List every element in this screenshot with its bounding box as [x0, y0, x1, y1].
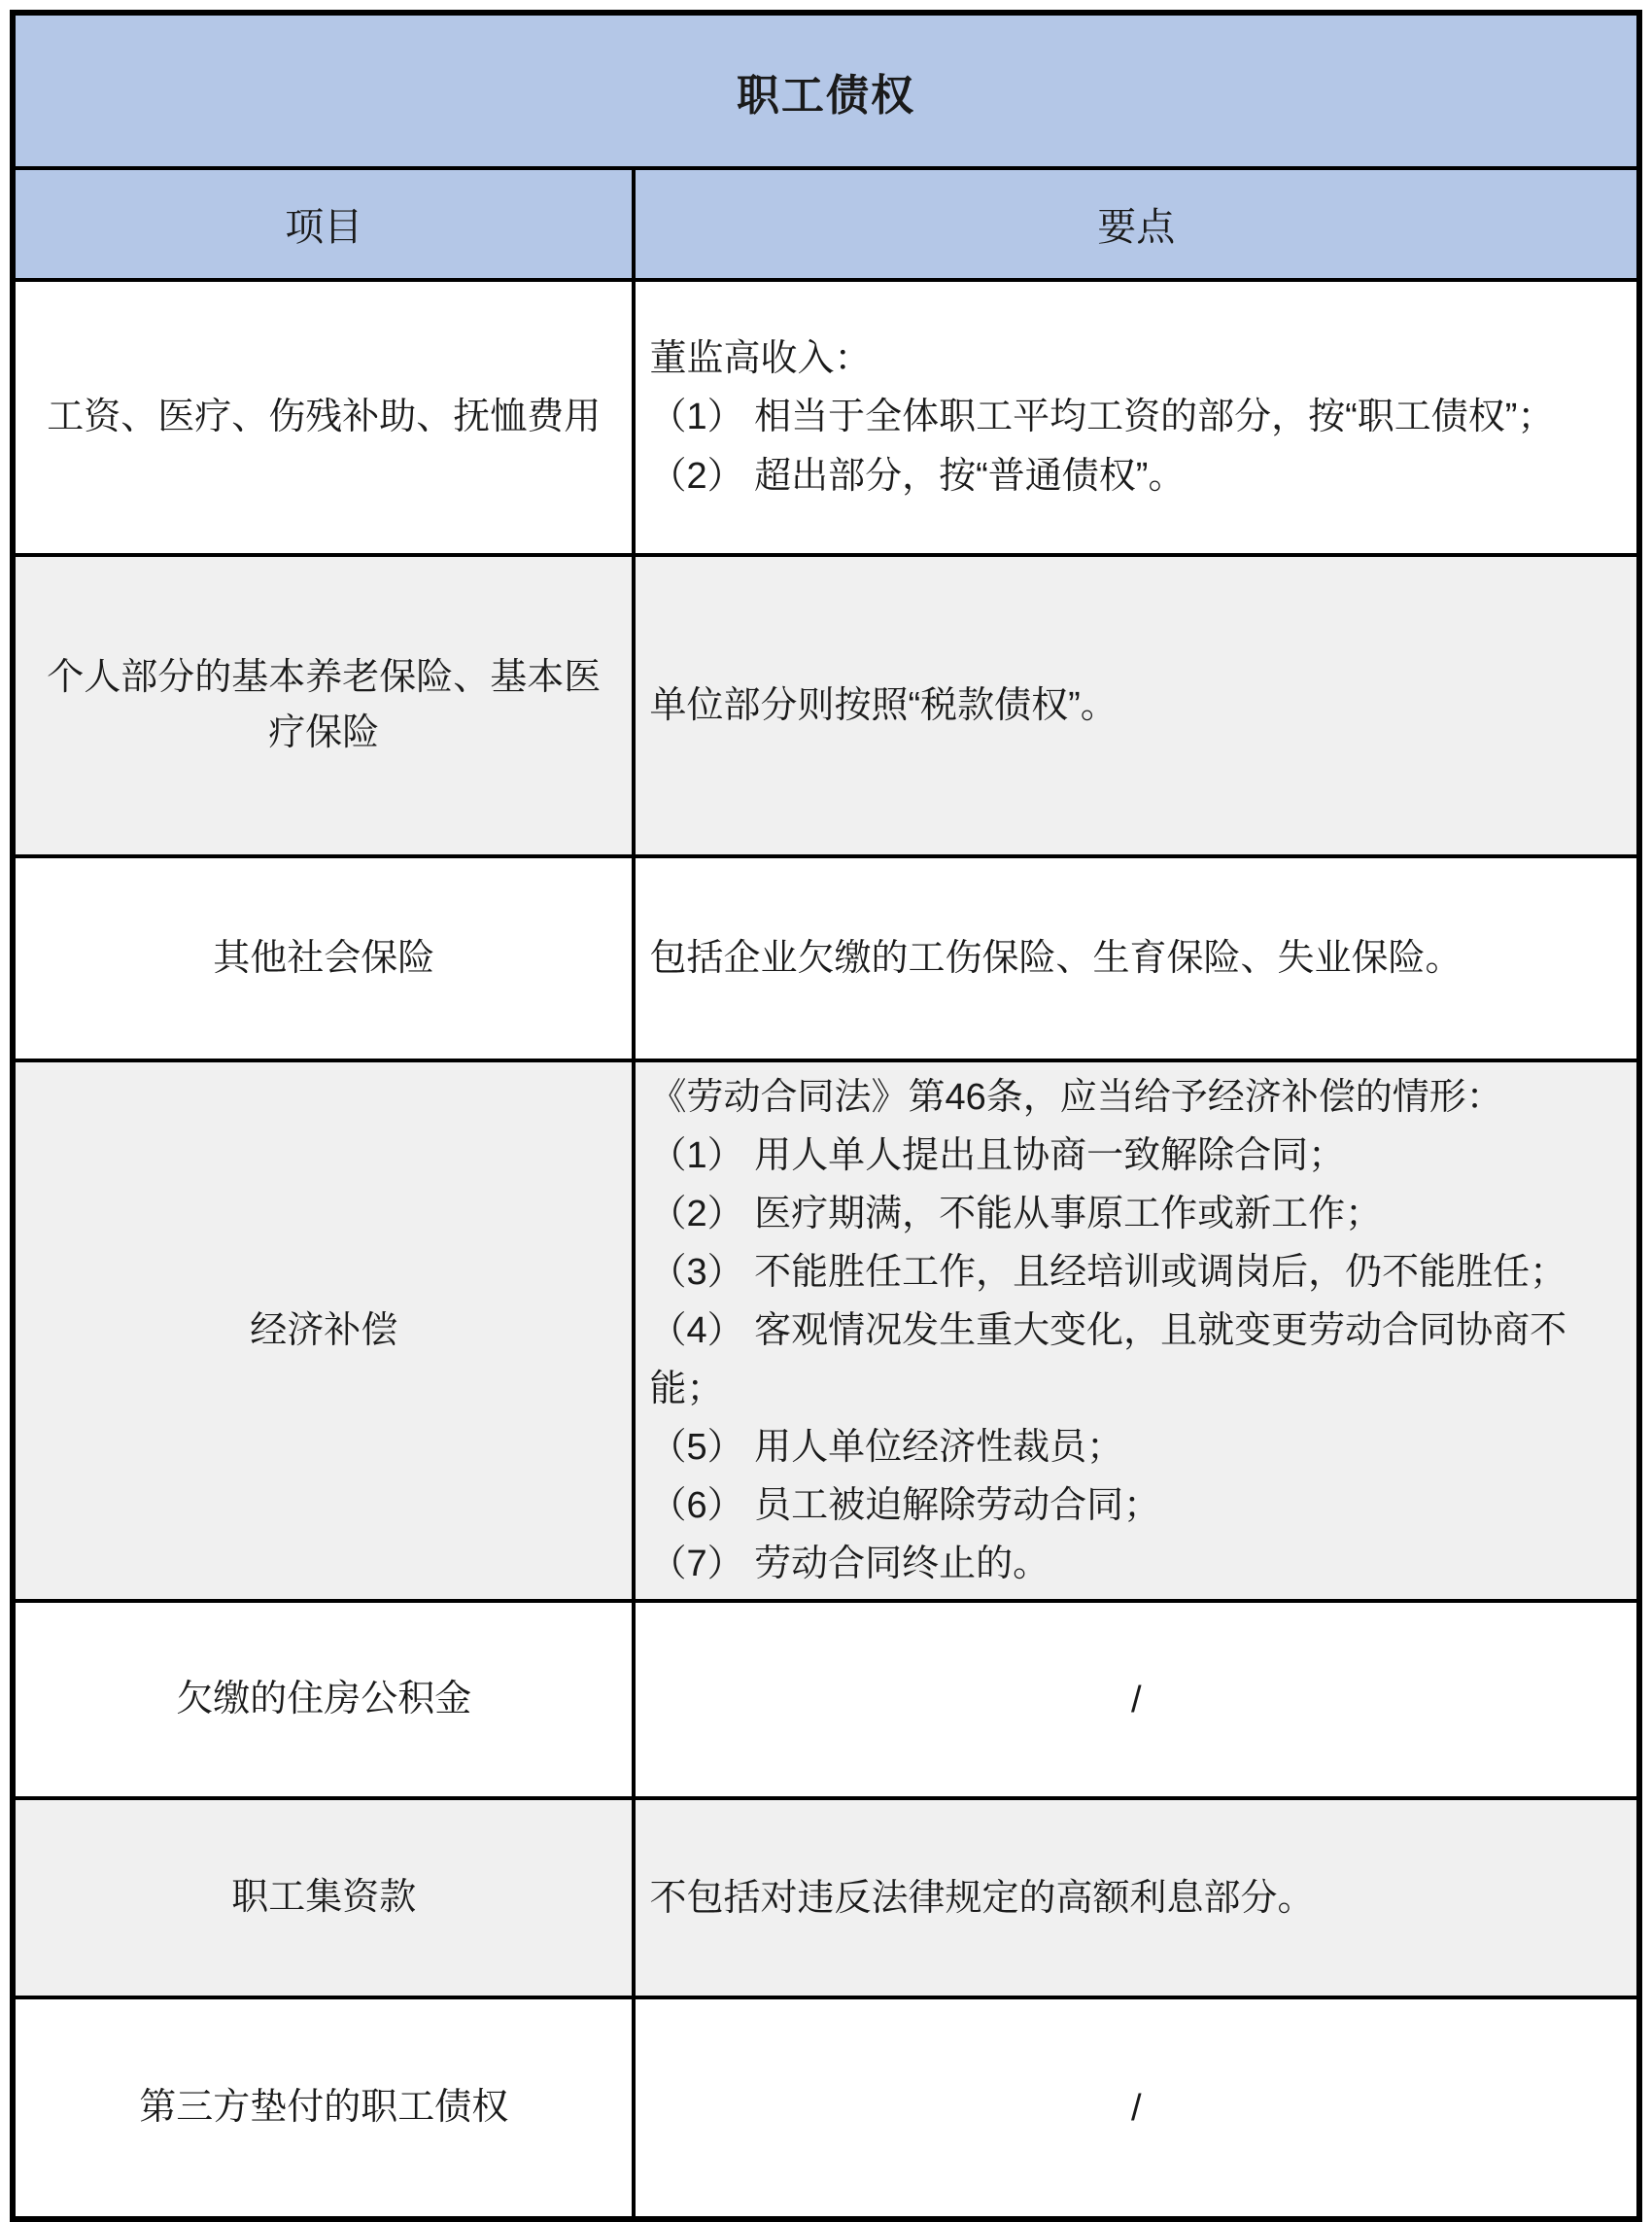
- item-cell-economic-compensation: 经济补偿: [13, 1060, 634, 1601]
- points-cell-other-social-insurance: 包括企业欠缴的工伤保险、生育保险、失业保险。: [634, 856, 1639, 1060]
- item-cell-wages: 工资、医疗、伤残补助、抚恤费用: [13, 280, 634, 555]
- points-cell-housing-fund: /: [634, 1601, 1639, 1798]
- item-cell-employee-fundraising: 职工集资款: [13, 1798, 634, 1997]
- points-cell-economic-compensation: 《劳动合同法》第46条，应当给予经济补偿的情形： （1） 用人单人提出且协商一致…: [634, 1060, 1639, 1601]
- points-cell-employee-fundraising: 不包括对违反法律规定的高额利息部分。: [634, 1798, 1639, 1997]
- column-header-points: 要点: [634, 168, 1639, 280]
- points-cell-third-party-advance: /: [634, 1997, 1639, 2219]
- table-row: 经济补偿 《劳动合同法》第46条，应当给予经济补偿的情形： （1） 用人单人提出…: [13, 1060, 1639, 1601]
- table-row: 第三方垫付的职工债权 /: [13, 1997, 1639, 2219]
- item-cell-housing-fund: 欠缴的住房公积金: [13, 1601, 634, 1798]
- item-cell-other-social-insurance: 其他社会保险: [13, 856, 634, 1060]
- employee-claims-table: 职工债权 项目 要点 工资、医疗、伤残补助、抚恤费用 董监高收入： （1） 相当…: [10, 10, 1642, 2222]
- table-row: 个人部分的基本养老保险、基本医疗保险 单位部分则按照“税款债权”。: [13, 555, 1639, 856]
- table-header-row: 项目 要点: [13, 168, 1639, 280]
- points-cell-personal-insurance: 单位部分则按照“税款债权”。: [634, 555, 1639, 856]
- table-row: 其他社会保险 包括企业欠缴的工伤保险、生育保险、失业保险。: [13, 856, 1639, 1060]
- points-cell-wages: 董监高收入： （1） 相当于全体职工平均工资的部分，按“职工债权”； （2） 超…: [634, 280, 1639, 555]
- item-cell-third-party-advance: 第三方垫付的职工债权: [13, 1997, 634, 2219]
- table-row: 工资、医疗、伤残补助、抚恤费用 董监高收入： （1） 相当于全体职工平均工资的部…: [13, 280, 1639, 555]
- item-cell-personal-insurance: 个人部分的基本养老保险、基本医疗保险: [13, 555, 634, 856]
- table-title: 职工债权: [13, 13, 1639, 168]
- table-row: 职工集资款 不包括对违反法律规定的高额利息部分。: [13, 1798, 1639, 1997]
- table-title-row: 职工债权: [13, 13, 1639, 168]
- table-row: 欠缴的住房公积金 /: [13, 1601, 1639, 1798]
- column-header-item: 项目: [13, 168, 634, 280]
